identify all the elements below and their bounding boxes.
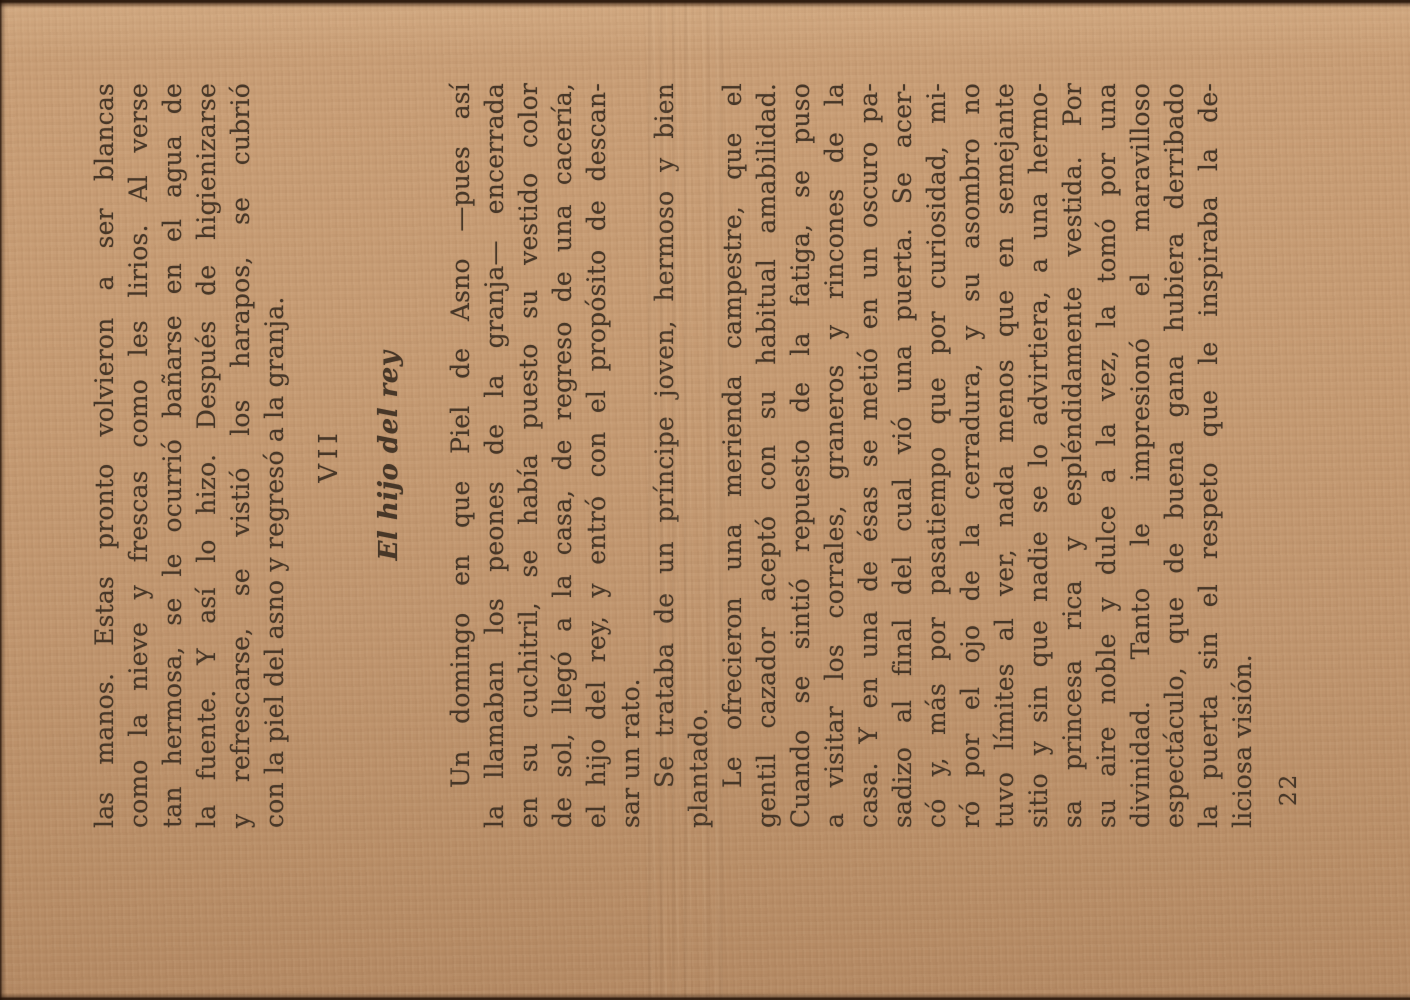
text-line: de sol, llegó a la casa, de regreso de u…: [546, 83, 580, 828]
paragraph: Un domingo en que Piel de Asno —pues así…: [444, 83, 648, 828]
text-line: sadizo al final del cual vió una puerta.…: [886, 83, 920, 828]
text-line: liciosa visión.: [1226, 83, 1260, 828]
text-line: con la piel del asno y regresó a la gran…: [258, 83, 292, 828]
text-line: la fuente. Y así lo hizo. Después de hig…: [190, 83, 224, 828]
text-line: la puerta sin el respeto que le inspirab…: [1192, 83, 1226, 828]
text-line: Cuando se sintió repuesto de la fatiga, …: [784, 83, 818, 828]
text-line: divinidad. Tanto le impresionó el maravi…: [1124, 83, 1158, 828]
page-content: las manos. Estas pronto volvieron a ser …: [88, 83, 1306, 828]
text-line: el hijo del rey, y entró con el propósit…: [580, 83, 614, 828]
text-line: como la nieve y frescas como les lirios.…: [122, 83, 156, 828]
text-line: Un domingo en que Piel de Asno —pues así: [444, 83, 478, 828]
paragraph-continuation: las manos. Estas pronto volvieron a ser …: [88, 83, 292, 828]
page-number: 22: [1272, 83, 1306, 828]
text-line: casa. Y en una de ésas se metió en un os…: [852, 83, 886, 828]
text-line: tan hermosa, se le ocurrió bañarse en el…: [156, 83, 190, 828]
text-line: gentil cazador aceptó con su habitual am…: [750, 83, 784, 828]
text-line: sa princesa rica y espléndidamente vesti…: [1056, 83, 1090, 828]
chapter-number: VII: [312, 83, 346, 828]
paragraph: Se trataba de un príncipe joven, hermoso…: [648, 83, 716, 828]
text-line: có y, más por pasatiempo que por curiosi…: [920, 83, 954, 828]
text-line: plantado.: [682, 83, 716, 828]
text-line: en su cuchitril, se había puesto su vest…: [512, 83, 546, 828]
paragraph: Le ofrecieron una merienda campestre, qu…: [716, 83, 1260, 828]
text-line: a visitar los corrales, graneros y rinco…: [818, 83, 852, 828]
book-scan: las manos. Estas pronto volvieron a ser …: [0, 0, 1410, 1000]
text-line: Le ofrecieron una merienda campestre, qu…: [716, 83, 750, 828]
text-line: su aire noble y dulce a la vez, la tomó …: [1090, 83, 1124, 828]
text-line: y refrescarse, se vistió los harapos, se…: [224, 83, 258, 828]
text-line: la llamaban los peones de la granja— enc…: [478, 83, 512, 828]
text-line: Se trataba de un príncipe joven, hermoso…: [648, 83, 682, 828]
text-line: ró por el ojo de la cerradura, y su asom…: [954, 83, 988, 828]
text-line: sar un rato.: [614, 83, 648, 828]
text-line: tuvo límites al ver, nada menos que en s…: [988, 83, 1022, 828]
text-line: espectáculo, que de buena gana hubiera d…: [1158, 83, 1192, 828]
book-page: las manos. Estas pronto volvieron a ser …: [0, 0, 1410, 1000]
text-line: las manos. Estas pronto volvieron a ser …: [88, 83, 122, 828]
chapter-title: El hijo del rey: [372, 83, 406, 828]
text-line: sitio y sin que nadie se lo advirtiera, …: [1022, 83, 1056, 828]
